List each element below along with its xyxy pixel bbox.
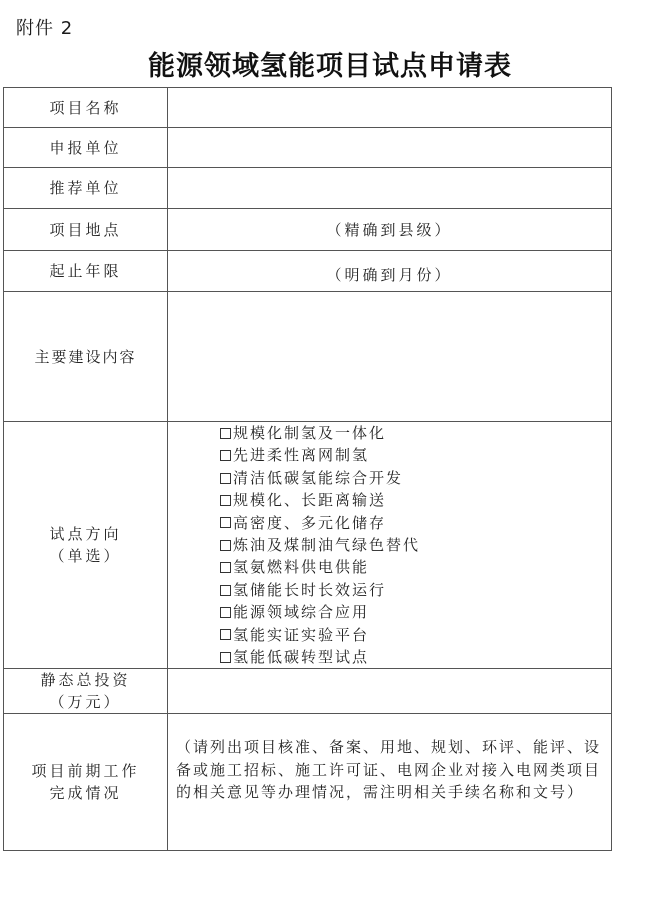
checkbox-icon[interactable] <box>220 495 231 506</box>
investment-label-line1: 静态总投资 <box>4 669 167 691</box>
recommender-label: 推荐单位 <box>4 168 168 209</box>
row-period: 起止年限 （明确到月份） <box>4 251 612 292</box>
checkbox-icon[interactable] <box>220 450 231 461</box>
investment-label-line2: （万元） <box>4 691 167 713</box>
period-label: 起止年限 <box>4 251 168 292</box>
checkbox-icon[interactable] <box>220 428 231 439</box>
direction-options: 规模化制氢及一体化先进柔性离网制氢清洁低碳氢能综合开发规模化、长距离输送高密度、… <box>168 422 612 669</box>
row-applicant: 申报单位 <box>4 128 612 168</box>
page-title: 能源领域氢能项目试点申请表 <box>0 44 660 83</box>
direction-option-label: 清洁低碳氢能综合开发 <box>233 467 403 489</box>
checkbox-icon[interactable] <box>220 540 231 551</box>
preliminary-field[interactable]: （请列出项目核准、备案、用地、规划、环评、能评、设备或施工招标、施工许可证、电网… <box>168 714 612 851</box>
direction-option-label: 规模化、长距离输送 <box>233 489 386 511</box>
attachment-label: 附件 2 <box>16 14 73 40</box>
direction-option-label: 先进柔性离网制氢 <box>233 444 369 466</box>
investment-field[interactable] <box>168 669 612 714</box>
direction-label-line2: （单选） <box>4 545 167 567</box>
row-project-name: 项目名称 <box>4 88 612 128</box>
direction-option[interactable]: 氢储能长时长效运行 <box>220 579 611 601</box>
period-hint: （明确到月份） <box>326 266 452 284</box>
row-content: 主要建设内容 <box>4 292 612 422</box>
preliminary-label: 项目前期工作 完成情况 <box>4 714 168 851</box>
period-field[interactable]: （明确到月份） <box>168 251 612 292</box>
direction-option[interactable]: 先进柔性离网制氢 <box>220 444 611 466</box>
checkbox-icon[interactable] <box>220 652 231 663</box>
investment-label: 静态总投资 （万元） <box>4 669 168 714</box>
project-name-label: 项目名称 <box>4 88 168 128</box>
project-name-field[interactable] <box>168 88 612 128</box>
direction-option[interactable]: 清洁低碳氢能综合开发 <box>220 467 611 489</box>
direction-option[interactable]: 氢能低碳转型试点 <box>220 646 611 668</box>
direction-option-label: 能源领域综合应用 <box>233 601 369 623</box>
direction-option[interactable]: 炼油及煤制油气绿色替代 <box>220 534 611 556</box>
direction-label: 试点方向 （单选） <box>4 422 168 669</box>
direction-option-label: 氢氨燃料供电供能 <box>233 556 369 578</box>
row-investment: 静态总投资 （万元） <box>4 669 612 714</box>
direction-option-label: 氢储能长时长效运行 <box>233 579 386 601</box>
direction-option[interactable]: 规模化制氢及一体化 <box>220 422 611 444</box>
content-label: 主要建设内容 <box>4 292 168 422</box>
recommender-field[interactable] <box>168 168 612 209</box>
preliminary-note: （请列出项目核准、备案、用地、规划、环评、能评、设备或施工招标、施工许可证、电网… <box>168 736 611 804</box>
checkbox-icon[interactable] <box>220 473 231 484</box>
checkbox-icon[interactable] <box>220 585 231 596</box>
applicant-field[interactable] <box>168 128 612 168</box>
direction-option[interactable]: 规模化、长距离输送 <box>220 489 611 511</box>
row-direction: 试点方向 （单选） 规模化制氢及一体化先进柔性离网制氢清洁低碳氢能综合开发规模化… <box>4 422 612 669</box>
applicant-label: 申报单位 <box>4 128 168 168</box>
direction-option-label: 氢能实证实验平台 <box>233 624 369 646</box>
direction-option-label: 氢能低碳转型试点 <box>233 646 369 668</box>
direction-option[interactable]: 氢氨燃料供电供能 <box>220 556 611 578</box>
checkbox-icon[interactable] <box>220 629 231 640</box>
location-label: 项目地点 <box>4 209 168 251</box>
checkbox-icon[interactable] <box>220 562 231 573</box>
direction-option[interactable]: 氢能实证实验平台 <box>220 624 611 646</box>
preliminary-label-line1: 项目前期工作 <box>4 760 167 782</box>
application-form-table: 项目名称 申报单位 推荐单位 项目地点 （精确到县级） 起止年限 （明确到月份）… <box>3 87 612 851</box>
checkbox-icon[interactable] <box>220 517 231 528</box>
row-location: 项目地点 （精确到县级） <box>4 209 612 251</box>
row-recommender: 推荐单位 <box>4 168 612 209</box>
checkbox-icon[interactable] <box>220 607 231 618</box>
direction-label-line1: 试点方向 <box>4 523 167 545</box>
direction-option-label: 高密度、多元化储存 <box>233 512 386 534</box>
row-preliminary: 项目前期工作 完成情况 （请列出项目核准、备案、用地、规划、环评、能评、设备或施… <box>4 714 612 851</box>
preliminary-label-line2: 完成情况 <box>4 782 167 804</box>
direction-option[interactable]: 高密度、多元化储存 <box>220 512 611 534</box>
direction-option-label: 炼油及煤制油气绿色替代 <box>233 534 420 556</box>
content-field[interactable] <box>168 292 612 422</box>
direction-option[interactable]: 能源领域综合应用 <box>220 601 611 623</box>
direction-option-label: 规模化制氢及一体化 <box>233 422 386 444</box>
location-field[interactable]: （精确到县级） <box>168 209 612 251</box>
